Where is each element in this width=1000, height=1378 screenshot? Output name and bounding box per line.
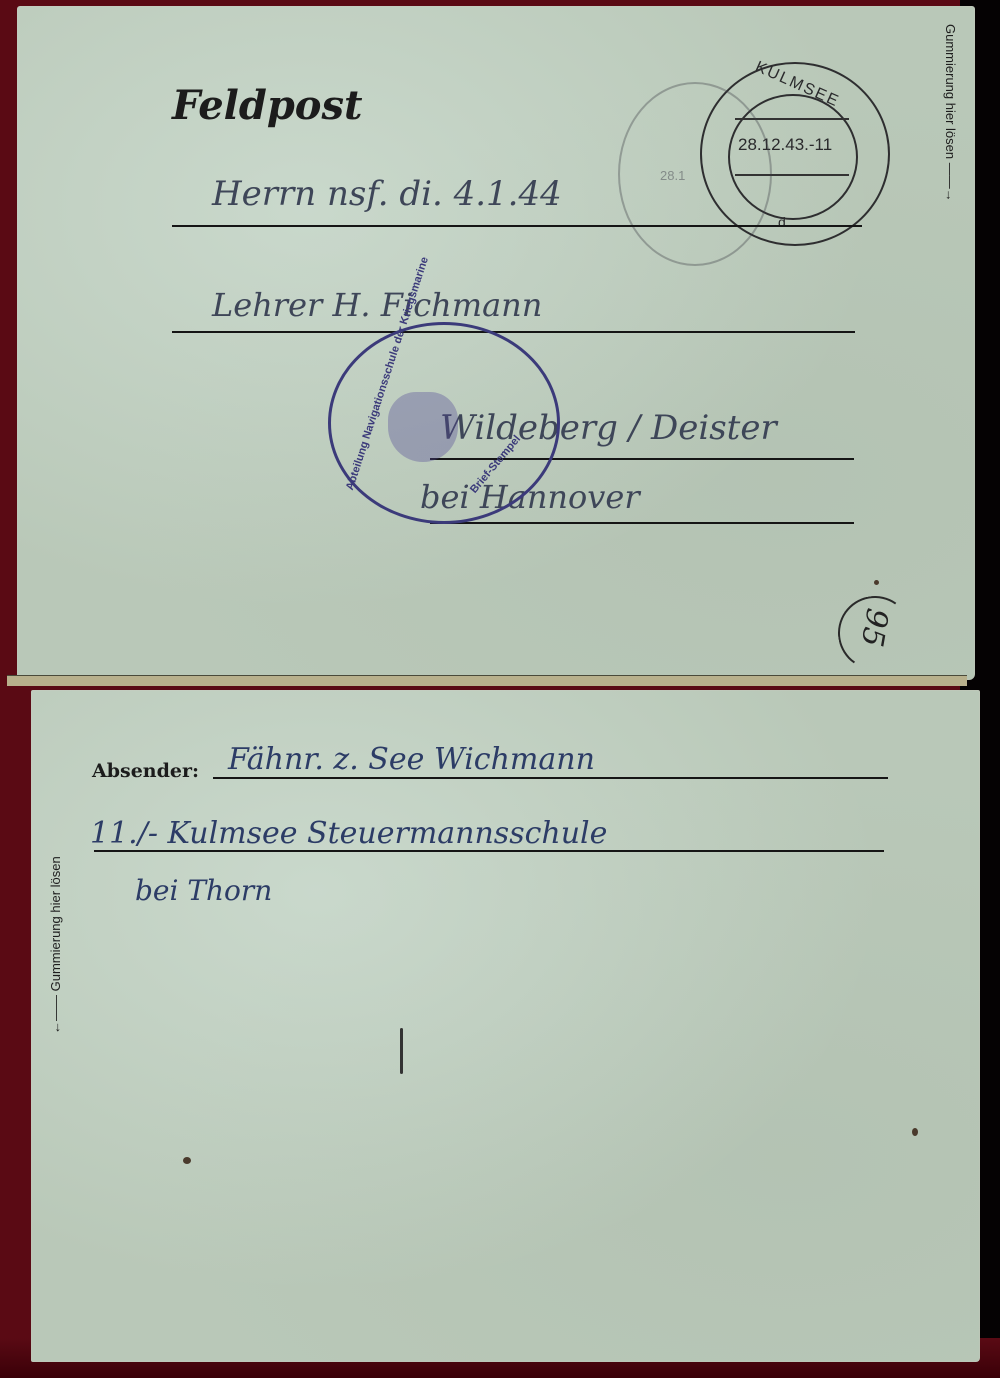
sender-handwriting-3: bei Thorn xyxy=(135,874,272,907)
arrow-down-icon: ——→ xyxy=(943,159,958,202)
sender-label: Absender: xyxy=(92,760,199,782)
paper-spot xyxy=(183,1157,191,1164)
ghost-postmark-date: 28.1 xyxy=(660,168,685,183)
pencil-mark xyxy=(400,1028,403,1074)
address-handwriting-2: Lehrer H. Fichmann xyxy=(212,286,542,324)
gummierung-label-back: ←—— Gummierung hier lösen xyxy=(48,856,63,1034)
address-line-4 xyxy=(430,522,854,524)
pencil-note-number: 95 xyxy=(854,606,895,650)
address-handwriting-1: Herrn nsf. di. 4.1.44 xyxy=(212,174,562,214)
sender-handwriting-1: Fähnr. z. See Wichmann xyxy=(228,742,595,777)
arrow-left-icon: ←—— xyxy=(48,991,63,1034)
ghost-postmark xyxy=(618,82,772,266)
envelope-back xyxy=(31,690,980,1362)
paper-spot-2 xyxy=(912,1128,918,1136)
envelope-fold-edge xyxy=(7,675,967,686)
eagle-emblem-icon xyxy=(388,392,458,462)
address-line-1 xyxy=(172,225,862,227)
feldpost-heading: Feldpost xyxy=(172,82,362,129)
sender-handwriting-2: 11./- Kulmsee Steuermannsschule xyxy=(90,816,607,851)
gummierung-label-front: Gummierung hier lösen ——→ xyxy=(943,24,958,202)
sender-line-1 xyxy=(213,777,888,779)
postmark-letter: d xyxy=(778,214,786,230)
address-line-2 xyxy=(172,331,855,333)
ink-dot xyxy=(874,580,879,585)
